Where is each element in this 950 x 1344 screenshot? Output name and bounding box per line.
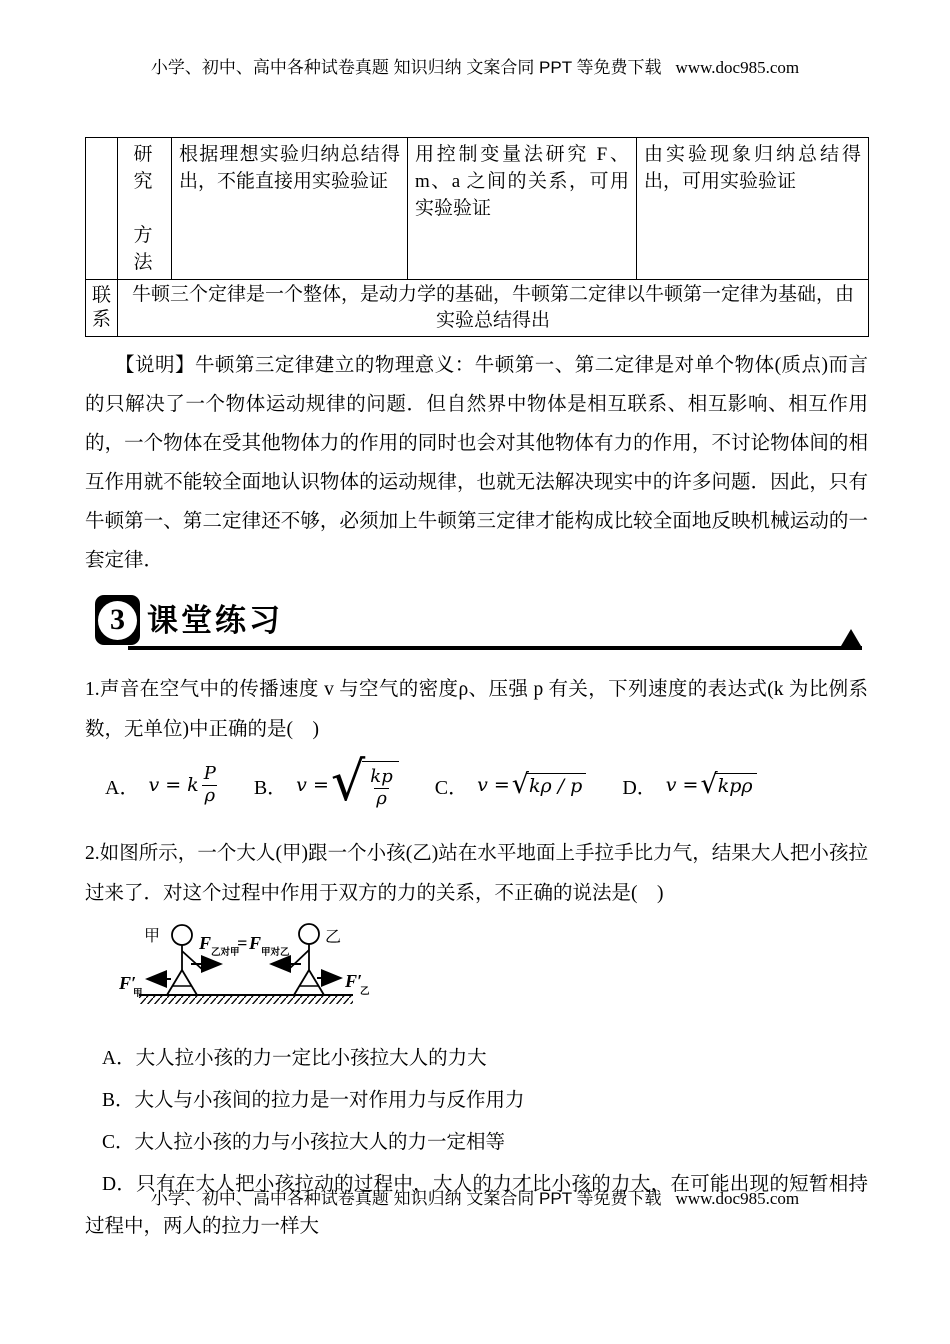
radical-icon: √ — [512, 771, 529, 798]
radicand: kpρ — [715, 773, 757, 797]
square-root: √ kpρ — [700, 772, 756, 799]
radicand: kp ρ — [362, 761, 398, 809]
question1-options: A． v = k P ρ B． v = √ — [85, 752, 868, 818]
adult-leg — [167, 970, 182, 995]
question1-stem: 1.声音在空气中的传播速度 v 与空气的密度ρ、压强 p 有关，下列速度的表达式… — [85, 670, 868, 750]
friction-child-subscript: 乙 — [360, 986, 370, 997]
force-on-adult-subscript: 乙对甲 — [211, 946, 240, 958]
formula-c-lead: v = — [477, 774, 510, 796]
numerator: kp — [368, 767, 394, 788]
child-arm — [288, 950, 309, 970]
denominator: ρ — [202, 785, 217, 807]
option-label: B． — [254, 771, 287, 800]
section-number-icon: 3 — [95, 595, 140, 645]
table-cell-law2-method: 用控制变量法研究 F、m、a 之间的关系，可用实验验证 — [408, 138, 637, 280]
formula-c: v = √ kρ / p — [477, 772, 586, 799]
adult-head — [172, 925, 192, 945]
equals-sign: = — [237, 933, 247, 953]
adult-leg — [182, 970, 197, 995]
method-label: 研究 方法 — [134, 141, 156, 276]
q1-option-b: B． v = √ kp ρ — [254, 758, 399, 812]
force-on-child-symbol: F — [248, 933, 261, 953]
radical-icon: √ — [700, 771, 717, 798]
formula-b: v = √ kp ρ — [296, 758, 399, 812]
square-root: √ kρ / p — [512, 772, 587, 799]
table-cell-link-text: 牛顿三个定律是一个整体，是动力学的基础，牛顿第二定律以牛顿第一定律为基础，由实验… — [118, 280, 869, 337]
document-page: 小学、初中、高中各种试卷真题 知识归纳 文案合同 PPT 等免费下载www.do… — [0, 0, 950, 1344]
child-label: 乙 — [325, 929, 341, 946]
child-leg — [294, 970, 309, 995]
formula-d: v = √ kpρ — [666, 772, 757, 799]
document-body: 研究 方法 根据理想实验归纳总结得出，不能直接用实验验证 用控制变量法研究 F、… — [85, 137, 868, 1248]
option-label: C． — [435, 771, 468, 800]
table-cell-method-label: 研究 方法 — [118, 138, 172, 280]
square-root: √ kp ρ — [331, 758, 399, 812]
footer-text: 小学、初中、高中各种试卷真题 知识归纳 文案合同 PPT 等免费下载 — [151, 1189, 662, 1208]
note-paragraph: 【说明】牛顿第三定律建立的物理意义：牛顿第一、第二定律是对单个物体(质点)而言的… — [85, 346, 868, 580]
force-on-adult-symbol: F — [198, 933, 211, 953]
q1-option-a: A． v = k P ρ — [105, 764, 218, 806]
header-text: 小学、初中、高中各种试卷真题 知识归纳 文案合同 PPT 等免费下载 — [151, 58, 662, 77]
page-header: 小学、初中、高中各种试卷真题 知识归纳 文案合同 PPT 等免费下载www.do… — [0, 57, 950, 79]
table-cell-empty — [86, 138, 118, 280]
table-row-link: 联系 牛顿三个定律是一个整体，是动力学的基础，牛顿第二定律以牛顿第一定律为基础，… — [86, 280, 869, 337]
section-title: 课堂练习 — [147, 598, 283, 644]
q2-option-b: B．大人与小孩间的拉力是一对作用力与反作用力 — [85, 1080, 868, 1122]
table-cell-law1-method: 根据理想实验归纳总结得出，不能直接用实验验证 — [172, 138, 408, 280]
section-rule — [128, 646, 862, 650]
formula-d-lead: v = — [666, 774, 699, 796]
denominator: ρ — [374, 788, 389, 810]
fraction: P ρ — [202, 764, 218, 806]
q2-option-a: A．大人拉小孩的力一定比小孩拉大人的力大 — [85, 1038, 868, 1080]
formula-b-lead: v = — [296, 774, 329, 796]
option-label: D． — [622, 771, 656, 800]
question2-stem: 2.如图所示，一个大人(甲)跟一个小孩(乙)站在水平地面上手拉手比力气，结果大人… — [85, 834, 868, 914]
table-cell-link-label: 联系 — [86, 280, 118, 337]
question2-figure: 甲 乙 F 乙对甲 = F 甲对乙 — [111, 918, 868, 1018]
adult-label: 甲 — [144, 927, 160, 945]
footer-url: www.doc985.com — [676, 1189, 800, 1208]
newton-laws-table: 研究 方法 根据理想实验归纳总结得出，不能直接用实验验证 用控制变量法研究 F、… — [85, 137, 869, 337]
triangle-up-icon — [841, 629, 861, 646]
question2-options: A．大人拉小孩的力一定比小孩拉大人的力大 B．大人与小孩间的拉力是一对作用力与反… — [85, 1038, 868, 1248]
section-number: 3 — [98, 601, 137, 640]
table-row-method: 研究 方法 根据理想实验归纳总结得出，不能直接用实验验证 用控制变量法研究 F、… — [86, 138, 869, 280]
header-url: www.doc985.com — [676, 58, 800, 77]
link-label: 联系 — [92, 284, 112, 332]
formula-a: v = k P ρ — [148, 764, 217, 806]
force-on-child-subscript: 甲对乙 — [261, 946, 290, 958]
section-header: 3 课堂练习 — [85, 592, 868, 652]
q1-option-d: D． v = √ kpρ — [622, 771, 756, 800]
child-leg — [309, 970, 324, 995]
numerator: P — [202, 764, 218, 785]
formula-a-lead: v = k — [148, 774, 198, 796]
page-footer: 小学、初中、高中各种试卷真题 知识归纳 文案合同 PPT 等免费下载www.do… — [0, 1188, 950, 1210]
ground-hatching — [139, 996, 353, 1004]
option-label: A． — [105, 771, 139, 800]
fraction: kp ρ — [368, 767, 394, 809]
tug-of-war-diagram: 甲 乙 F 乙对甲 = F 甲对乙 — [111, 918, 373, 1012]
radical-icon: √ — [331, 755, 365, 809]
child-head — [299, 924, 319, 944]
radicand: kρ / p — [526, 773, 586, 797]
adult-arm — [182, 951, 204, 971]
table-cell-law3-method: 由实验现象归纳总结得出，可用实验验证 — [637, 138, 869, 280]
q1-option-c: C． v = √ kρ / p — [435, 771, 587, 800]
q2-option-c: C．大人拉小孩的力与小孩拉大人的力一定相等 — [85, 1122, 868, 1164]
